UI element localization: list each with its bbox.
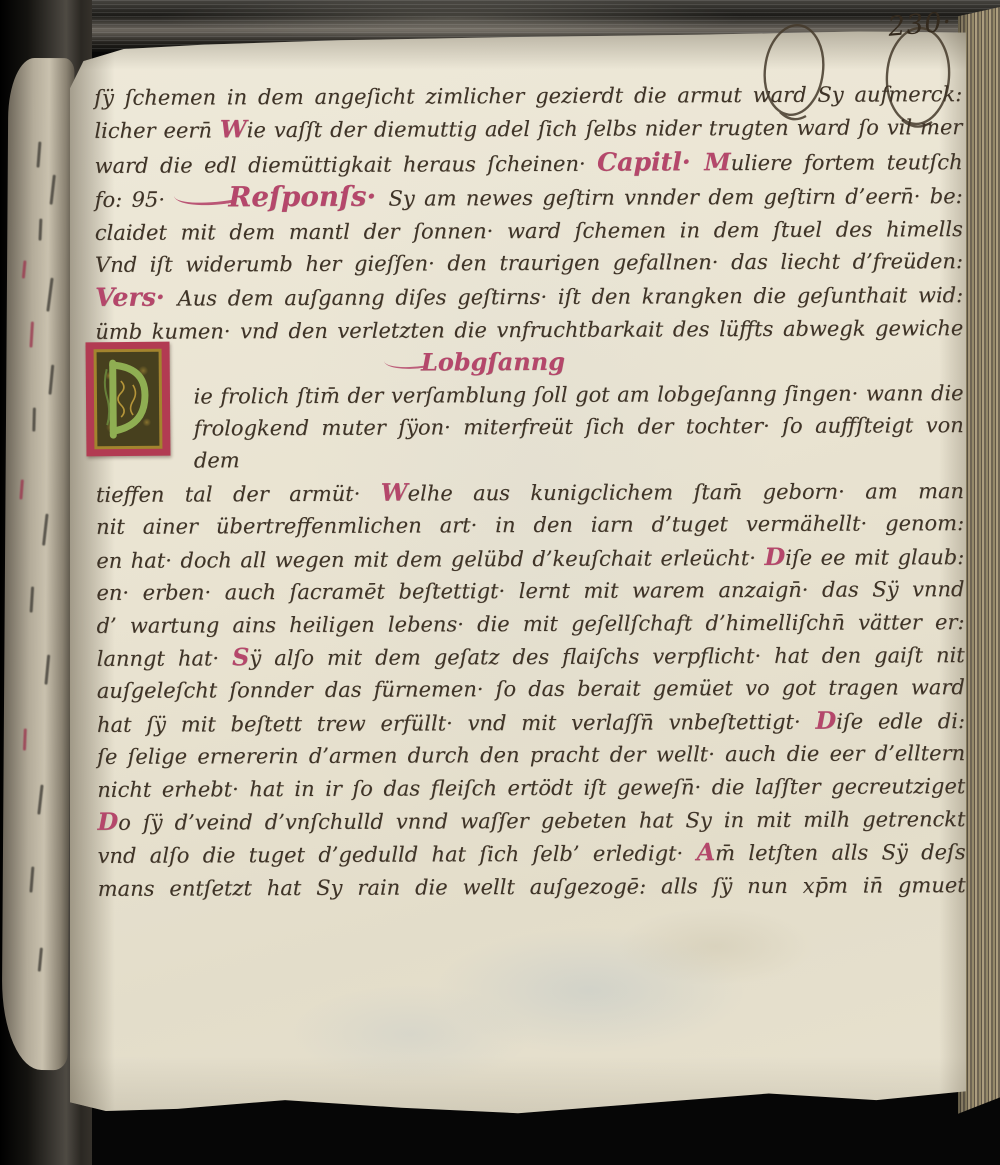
text-line: en· erben· auch ſacramēt beſtettigt· ler…	[96, 573, 964, 609]
text-line: hat ſÿ mit beſtett trew erfüllt· vnd mit…	[97, 704, 965, 741]
text-line: d’ wartung ains heiligen lebens· die mit…	[97, 606, 965, 642]
text-line: ſÿ ſchemen in dem angeſicht zimlicher ge…	[94, 78, 962, 114]
text-line: ümb kumen· vnd den verletzten die vnfruc…	[95, 312, 963, 348]
text-line: tieffen tal der armüt· Welhe aus kunigcl…	[96, 474, 964, 511]
text-block: ſÿ ſchemen in dem angeſicht zimlicher ge…	[94, 78, 966, 905]
text-line: nit ainer übertreffenmlichen art· in den…	[96, 507, 964, 543]
neighbor-page-edge	[1, 58, 74, 1070]
text-line: vnd alſo die tuget d’gedulld hat ſich ſe…	[98, 835, 966, 872]
text-line: Do ſÿ d’veind d’vnſchulld vnnd waſſer ge…	[97, 802, 965, 839]
section-rubric: Lobgſanng	[95, 344, 963, 380]
text-line: claidet mit dem mantl der ſonnen· ward ſ…	[95, 213, 963, 249]
text-line: licher eern̄ Wie vaſſt der diemuttig ade…	[94, 111, 962, 148]
text-line: Vnd iſt widerumb her gieſſen· den trauri…	[95, 245, 963, 281]
text-line: auſgeleſcht ſonnder das fürnemen· ſo das…	[97, 671, 965, 707]
intro-lines: ſÿ ſchemen in dem angeſicht zimlicher ge…	[94, 78, 963, 348]
text-line: Vers· Aus dem auſganng diſes geſtirns· i…	[95, 278, 963, 316]
text-line: lanngt hat· Sÿ alſo mit dem geſatz des f…	[97, 638, 965, 675]
hymn-lines: ie frolich ſtim̄ der verſamblung ſoll go…	[96, 377, 966, 905]
text-line: nicht erhebt· hat in ir ſo das fleiſch e…	[97, 770, 965, 806]
text-line: ward die edl diemüttigkait heraus ſchein…	[94, 144, 962, 182]
text-line: fo: 95· Reſponſs· Sy am newes geſtirn vn…	[95, 178, 963, 216]
text-line: ſe ſelige ernererin d’armen durch den pr…	[97, 737, 965, 773]
text-line: en hat· doch all wegen mit dem gelübd d’…	[96, 540, 964, 577]
text-line: ie frolich ſtim̄ der verſamblung ſoll go…	[194, 377, 964, 413]
text-line: mans entſetzt hat Sy rain die wellt auſg…	[98, 869, 966, 905]
text-line: frologkend muter ſÿon· miterfreüt ſich d…	[194, 409, 964, 477]
